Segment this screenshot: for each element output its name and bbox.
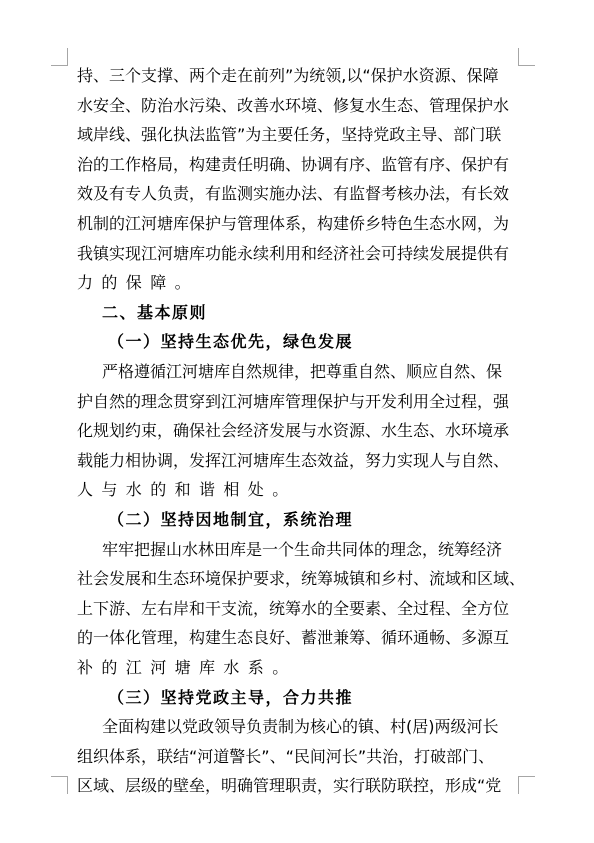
paragraph-line: 化规划约束，确保社会经济发展与水资源、水生态、水环境承 <box>77 421 517 441</box>
paragraph-line: 效及有专人负责，有监测实施办法、有监督考核办法，有长效 <box>77 184 517 204</box>
paragraph-line: 区域、层级的壁垒，明确管理职责，实行联防联控，形成“党 <box>77 776 517 796</box>
paragraph-line: 严格遵循江河塘库自然规律，把尊重自然、顺应自然、保 <box>102 362 517 382</box>
section-heading: （二）坚持因地制宜，系统治理 <box>108 510 548 530</box>
paragraph-line: 人与水的和谐相处。 <box>77 480 517 500</box>
margin-corner-bottom-right <box>518 776 535 794</box>
paragraph-line: 的一体化管理，构建生态良好、蓄泄兼筹、循环通畅、多源互 <box>77 628 517 648</box>
paragraph-line: 组织体系，联结“河道警长”、“民间河长”共治，打破部门、 <box>77 747 517 767</box>
margin-corner-bottom-left <box>51 776 68 794</box>
paragraph-line: 上下游、左右岸和干支流，统筹水的全要素、全过程、全方位 <box>77 599 517 619</box>
paragraph-line: 牢牢把握山水林田库是一个生命共同体的理念，统筹经济 <box>102 540 517 560</box>
paragraph-line: 域岸线、强化执法监管”为主要任务，坚持党政主导、部门联 <box>77 125 517 145</box>
paragraph-line: 机制的江河塘库保护与管理体系，构建侨乡特色生态水网，为 <box>77 214 517 234</box>
paragraph-line: 护自然的理念贯穿到江河塘库管理保护与开发利用全过程，强 <box>77 392 517 412</box>
paragraph-line: 力的保障。 <box>77 273 517 293</box>
margin-corner-top-left <box>51 48 68 66</box>
paragraph-line: 全面构建以党政领导负责制为核心的镇、村(居)两级河长 <box>102 717 517 737</box>
paragraph-line: 社会发展和生态环境保护要求，统筹城镇和乡村、流域和区域、 <box>77 569 517 589</box>
document-page: 持、三个支撑、两个走在前列”为统领,以“保护水资源、保障水安全、防治水污染、改善… <box>0 0 594 843</box>
paragraph-line: 水安全、防治水污染、改善水环境、修复水生态、管理保护水 <box>77 96 517 116</box>
paragraph-line: 持、三个支撑、两个走在前列”为统领,以“保护水资源、保障 <box>77 66 517 86</box>
paragraph-line: 我镇实现江河塘库功能永续利用和经济社会可持续发展提供有 <box>77 244 517 264</box>
paragraph-line: 补的江河塘库水系。 <box>77 658 517 678</box>
paragraph-line: 治的工作格局，构建责任明确、协调有序、监管有序、保护有 <box>77 155 517 175</box>
paragraph-line: 载能力相协调，发挥江河塘库生态效益，努力实现人与自然、 <box>77 451 517 471</box>
section-heading: （一）坚持生态优先，绿色发展 <box>108 332 548 352</box>
margin-corner-top-right <box>518 48 535 66</box>
section-heading: （三）坚持党政主导，合力共推 <box>108 688 548 708</box>
section-heading: 二、基本原则 <box>102 303 542 323</box>
